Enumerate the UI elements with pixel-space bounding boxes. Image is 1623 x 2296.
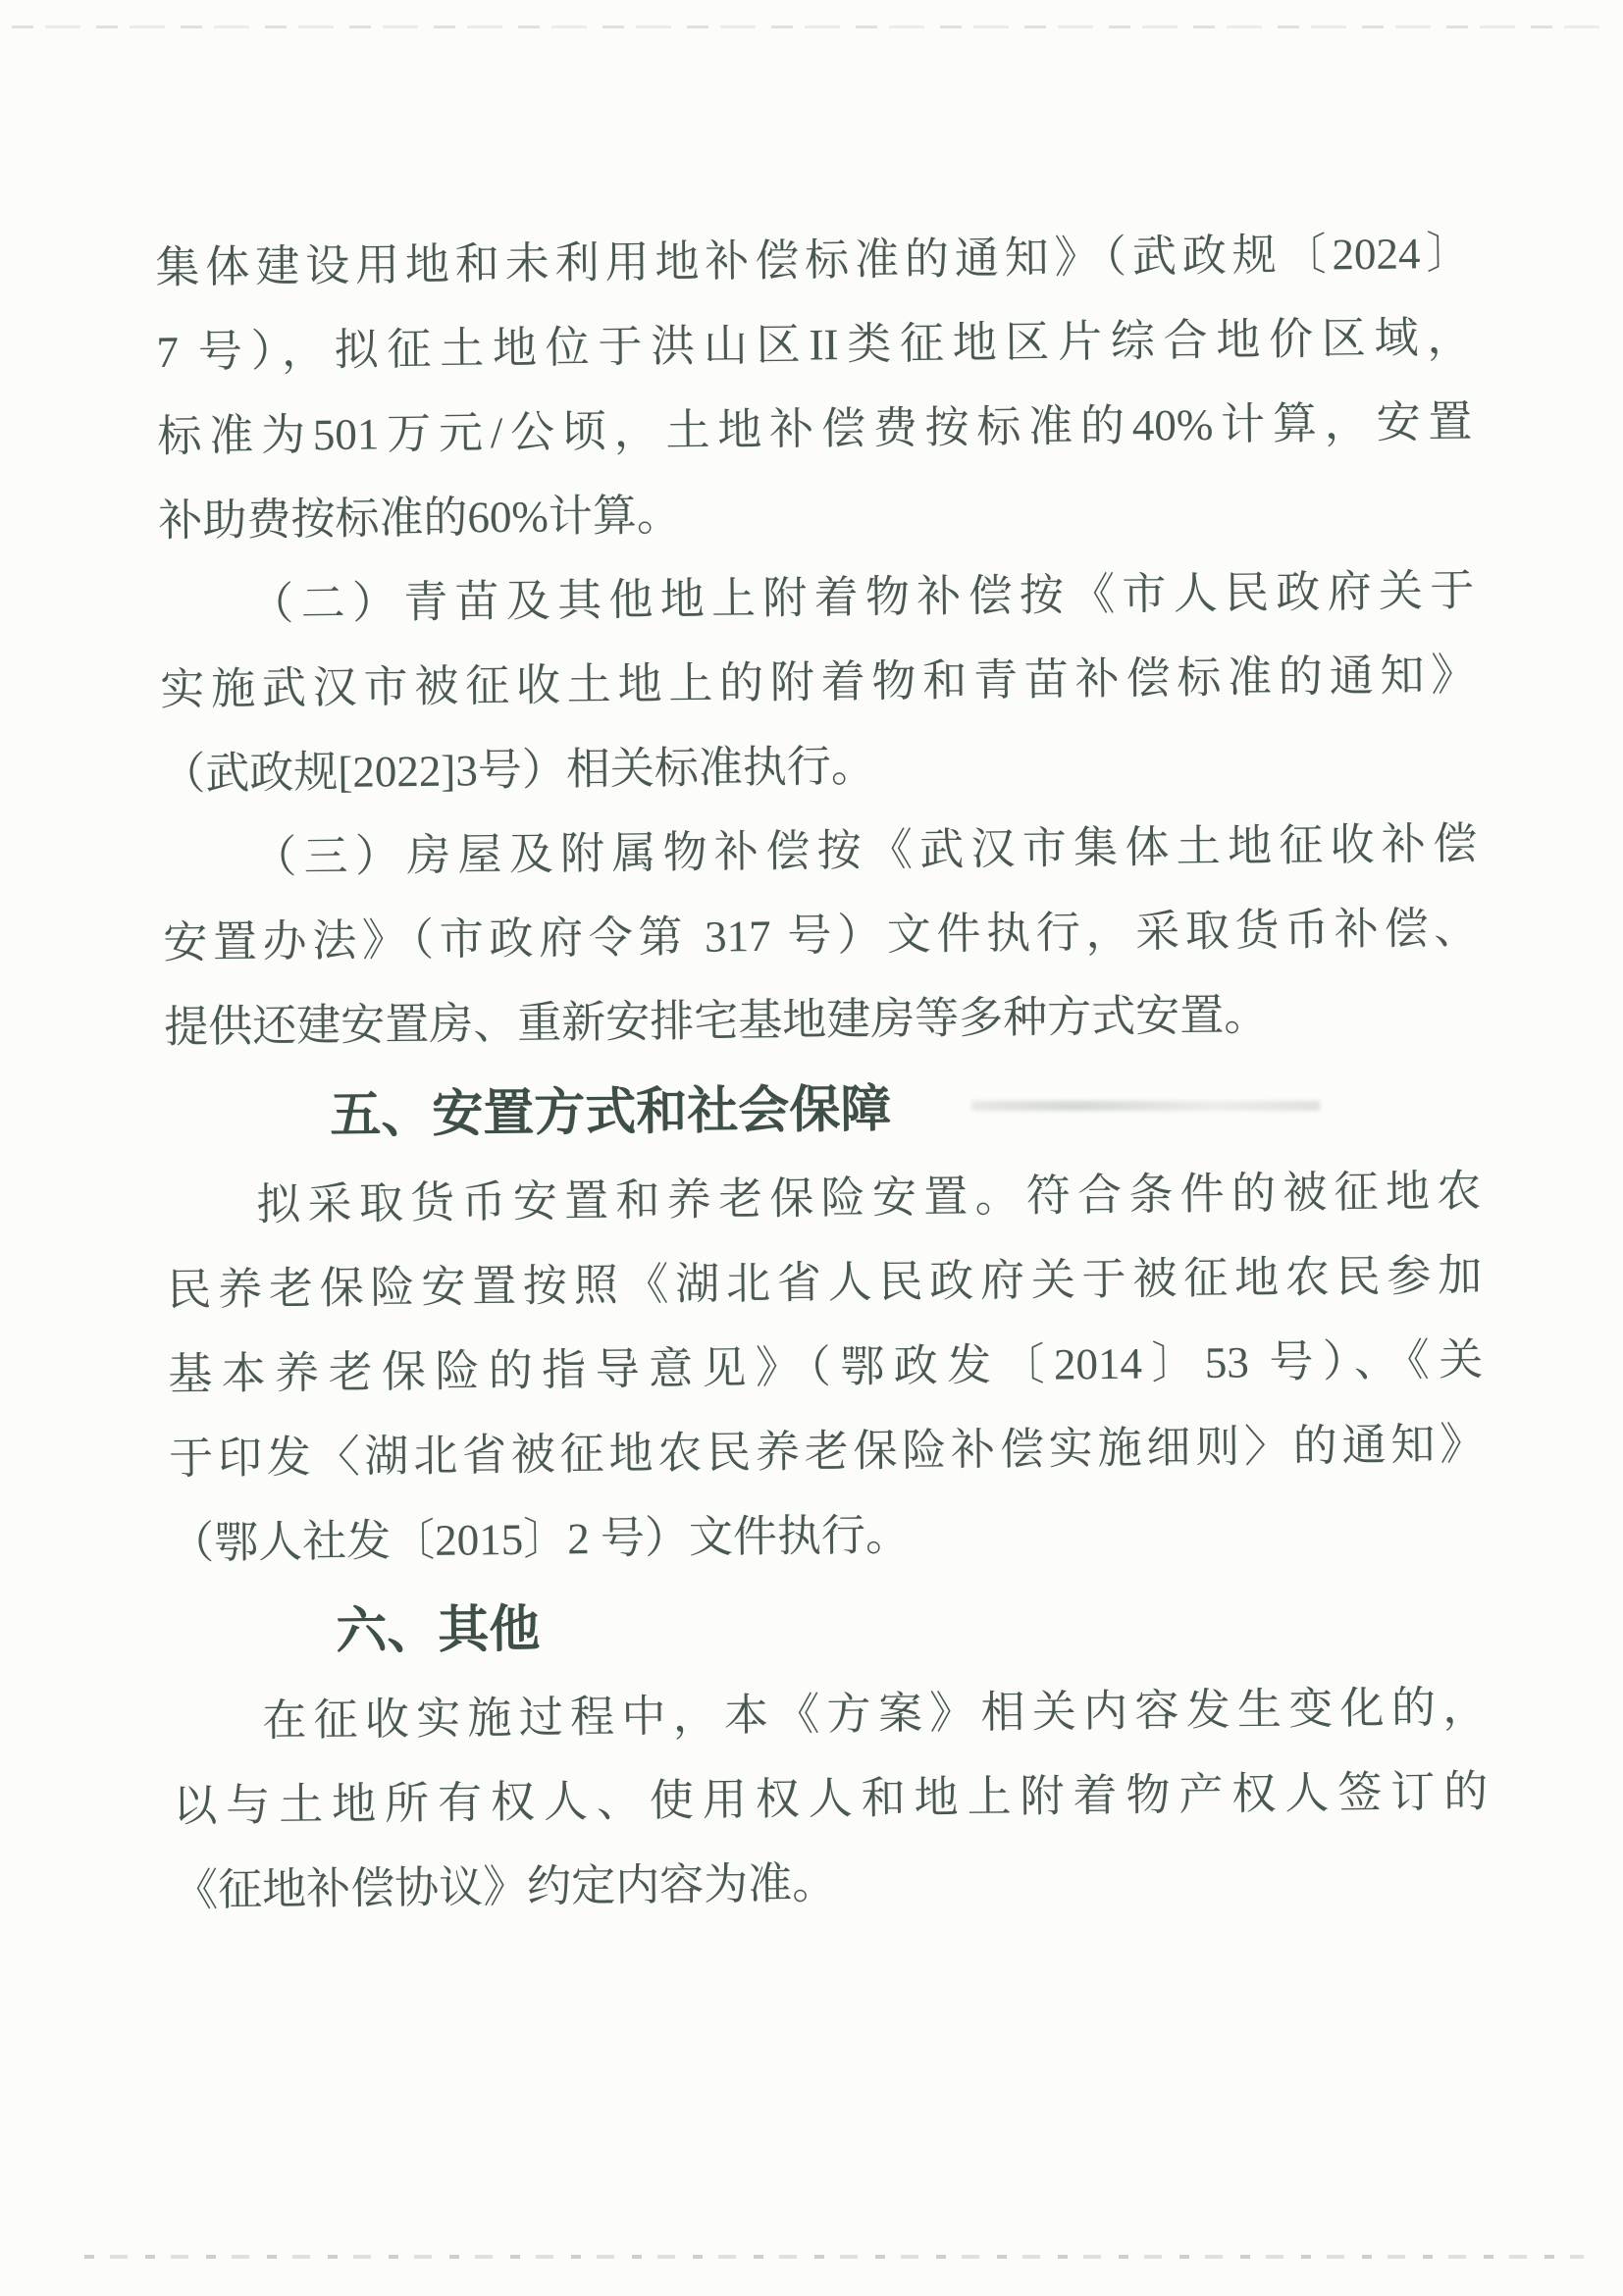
section-heading: 六、其他 <box>171 1577 1487 1676</box>
text-line: 安置办法》（市政府令第 317 号）文件执行，采取货币补偿、 <box>163 886 1479 985</box>
text-line: （三）房屋及附属物补偿按《武汉市集体土地征收补偿 <box>162 802 1478 901</box>
text-line: 集体建设用地和未利用地补偿标准的通知》（武政规〔2024〕 <box>155 211 1471 310</box>
text-line: （武政规[2022]3号）相关标准执行。 <box>161 717 1477 816</box>
text-line: 7 号），拟征土地位于洪山区II类征地区片综合地价区域， <box>156 295 1472 394</box>
text-line: 提供还建安置房、重新安排宅基地建房等多种方式安置。 <box>164 970 1480 1070</box>
scan-artifact-bottom <box>84 2255 1584 2259</box>
text-line: 标准为501万元/公顷，土地补偿费按标准的40%计算，安置 <box>157 380 1473 479</box>
text-line: 拟采取货币安置和养老保险安置。符合条件的被征地农 <box>166 1149 1482 1248</box>
document-page: 集体建设用地和未利用地补偿标准的通知》（武政规〔2024〕7 号），拟征土地位于… <box>0 0 1623 2296</box>
text-line: 补助费按标准的60%计算。 <box>158 464 1474 563</box>
text-line: 实施武汉市被征收土地上的附着物和青苗补偿标准的通知》 <box>160 633 1476 732</box>
text-line: 基本养老保险的指导意见》（鄂政发〔2014〕53 号）、《关 <box>168 1318 1484 1417</box>
text-line: 民养老保险安置按照《湖北省人民政府关于被征地农民参加 <box>167 1233 1483 1332</box>
text-line: 以与土地所有权人、使用权人和地上附着物产权人签订的 <box>173 1749 1489 1849</box>
section-heading: 五、安置方式和社会保障 <box>165 1061 1481 1160</box>
text-line: 在征收实施过程中，本《方案》相关内容发生变化的， <box>172 1665 1488 1764</box>
text-lines: 集体建设用地和未利用地补偿标准的通知》（武政规〔2024〕7 号），拟征土地位于… <box>155 211 1490 1933</box>
scan-artifact-top <box>12 26 1611 28</box>
text-line: （二）青苗及其他地上附着物补偿按《市人民政府关于 <box>159 548 1475 648</box>
text-line: 《征地补偿协议》约定内容为准。 <box>174 1834 1490 1933</box>
text-line: 于印发〈湖北省被征地农民养老保险补偿实施细则〉的通知》 <box>169 1402 1485 1501</box>
text-line: （鄂人社发〔2015〕2 号）文件执行。 <box>170 1487 1486 1586</box>
